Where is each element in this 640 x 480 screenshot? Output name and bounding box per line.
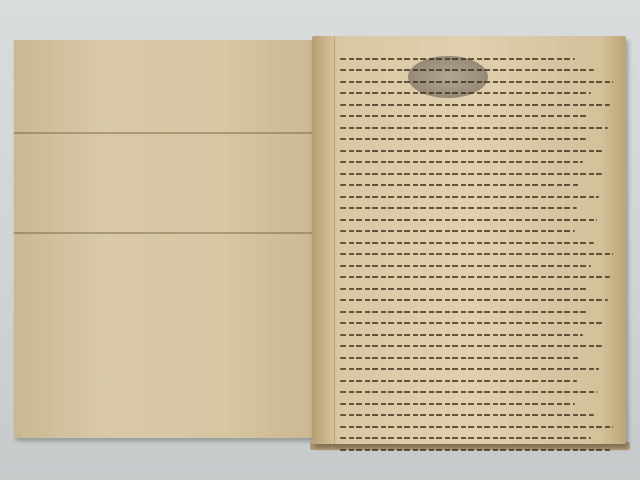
- right-manuscript-page: [312, 36, 626, 444]
- handwriting-line: [340, 265, 591, 267]
- margin-rule: [334, 36, 335, 444]
- handwriting-line: [340, 357, 580, 359]
- handwriting-line: [340, 449, 610, 451]
- handwriting-line: [340, 380, 577, 382]
- endorsement-text: illegible handwritten endorsement text: [295, 140, 304, 299]
- handwriting-line: [340, 242, 594, 244]
- left-folded-page: illegible handwritten note illegible han…: [14, 40, 314, 438]
- handwritten-text: [340, 48, 616, 414]
- handwriting-line: [340, 437, 591, 439]
- handwriting-line: [340, 104, 610, 106]
- handwriting-line: [340, 334, 583, 336]
- handwriting-line: [340, 288, 588, 290]
- handwriting-line: [340, 299, 608, 301]
- handwriting-line: [340, 207, 577, 209]
- handwriting-line: [340, 368, 599, 370]
- fold-line: [14, 232, 314, 234]
- handwriting-line: [340, 81, 613, 83]
- handwriting-line: [340, 58, 575, 60]
- handwriting-line: [340, 253, 613, 255]
- handwriting-line: [340, 426, 613, 428]
- fold-line: [14, 132, 314, 134]
- handwriting-line: [340, 115, 588, 117]
- handwriting-line: [340, 127, 608, 129]
- handwriting-line: [340, 69, 594, 71]
- handwriting-line: [340, 403, 575, 405]
- handwriting-line: [340, 150, 605, 152]
- handwriting-line: [340, 138, 586, 140]
- handwriting-line: [340, 311, 586, 313]
- handwriting-line: [340, 230, 575, 232]
- margin-note: illegible handwritten note: [22, 160, 32, 278]
- handwriting-line: [340, 414, 594, 416]
- handwriting-line: [340, 92, 591, 94]
- handwriting-line: [340, 184, 580, 186]
- handwriting-line: [340, 276, 610, 278]
- handwriting-line: [340, 322, 605, 324]
- handwriting-line: [340, 161, 583, 163]
- handwriting-line: [340, 345, 602, 347]
- handwriting-line: [340, 391, 597, 393]
- handwriting-line: [340, 173, 602, 175]
- handwriting-line: [340, 219, 597, 221]
- handwriting-line: [340, 196, 599, 198]
